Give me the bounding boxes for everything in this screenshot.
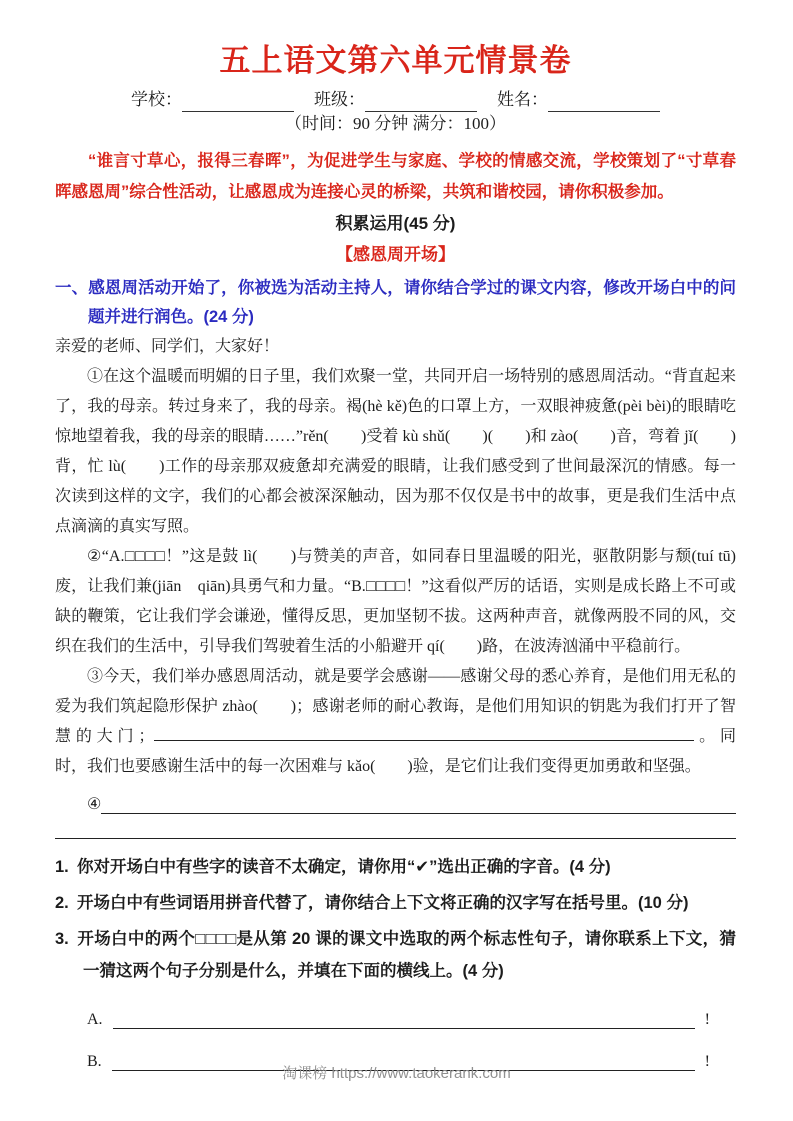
exam-paper-page: 五上语文第六单元情景卷 学校： 班级： 姓名： （时间：90 分钟 满分：100…: [0, 0, 793, 1121]
school-field: 学校：: [131, 88, 308, 112]
name-field: 姓名：: [497, 88, 660, 112]
name-blank-line[interactable]: [548, 92, 660, 112]
question-3-text: 开场白中的两个□□□□是从第 20 课的课文中选取的两个标志性句子，请你联系上下…: [77, 930, 736, 980]
question-list: 1.你对开场白中有些字的读音不太确定，请你用“✔”选出正确的字音。(4 分) 2…: [55, 851, 736, 987]
extra-blank-line[interactable]: [55, 838, 736, 839]
speech-paragraph-2: ②“A.□□□□！”这是鼓 lì( )与赞美的声音，如同春日里温暖的阳光，驱散阴…: [55, 542, 736, 662]
speech-paragraph-4-row: ④: [87, 790, 736, 814]
answer-a-blank-line[interactable]: [113, 1007, 695, 1029]
school-blank-line[interactable]: [182, 92, 294, 112]
student-info-row: 学校： 班级： 姓名：: [55, 88, 736, 112]
question-2-text: 开场白中有些词语用拼音代替了，请你结合上下文将正确的汉字写在括号里。(10 分): [77, 894, 688, 912]
question-2-number: 2.: [55, 894, 69, 912]
speech-paragraph-3: ③今天，我们举办感恩周活动，就是要学会感谢——感谢父母的悉心养育，是他们用无私的…: [55, 662, 736, 782]
time-score-info: （时间：90 分钟 满分：100）: [55, 112, 736, 136]
paragraph-4-blank-line[interactable]: [101, 794, 736, 814]
answer-a-suffix: !: [705, 1011, 710, 1029]
answer-a-label: A.: [87, 1011, 103, 1029]
watermark-footer: 淘课榜 https://www.taokerank.com: [0, 1062, 793, 1083]
question-3: 3.开场白中的两个□□□□是从第 20 课的课文中选取的两个标志性句子，请你联系…: [55, 923, 736, 987]
school-label: 学校：: [131, 88, 182, 112]
section-title-opening: 【感恩周开场】: [55, 239, 736, 270]
answer-row-a: A. !: [87, 1003, 710, 1029]
speech-paragraph-1: ①在这个温暖而明媚的日子里，我们欢聚一堂，共同开启一场特别的感恩周活动。“背直起…: [55, 362, 736, 542]
main-question-heading: 一、感恩周活动开始了，你被选为活动主持人，请你结合学过的课文内容，修改开场白中的…: [55, 274, 736, 332]
question-1-text: 你对开场白中有些字的读音不太确定，请你用“✔”选出正确的字音。(4 分): [77, 858, 611, 876]
question-3-number: 3.: [55, 930, 69, 948]
paragraph-4-marker: ④: [87, 794, 101, 814]
paragraph-3-blank-line[interactable]: [154, 727, 694, 741]
speech-greeting: 亲爱的老师、同学们，大家好！: [55, 332, 736, 362]
section-title-accumulate: 积累运用(45 分): [55, 208, 736, 239]
name-label: 姓名：: [497, 88, 548, 112]
class-label: 班级：: [314, 88, 365, 112]
page-title: 五上语文第六单元情景卷: [55, 42, 736, 80]
class-field: 班级：: [314, 88, 491, 112]
question-1-number: 1.: [55, 858, 69, 876]
question-2: 2.开场白中有些词语用拼音代替了，请你结合上下文将正确的汉字写在括号里。(10 …: [55, 887, 736, 919]
class-blank-line[interactable]: [365, 92, 477, 112]
question-1: 1.你对开场白中有些字的读音不太确定，请你用“✔”选出正确的字音。(4 分): [55, 851, 736, 883]
intro-paragraph: “谁言寸草心，报得三春晖”，为促进学生与家庭、学校的情感交流，学校策划了“寸草春…: [55, 146, 736, 208]
